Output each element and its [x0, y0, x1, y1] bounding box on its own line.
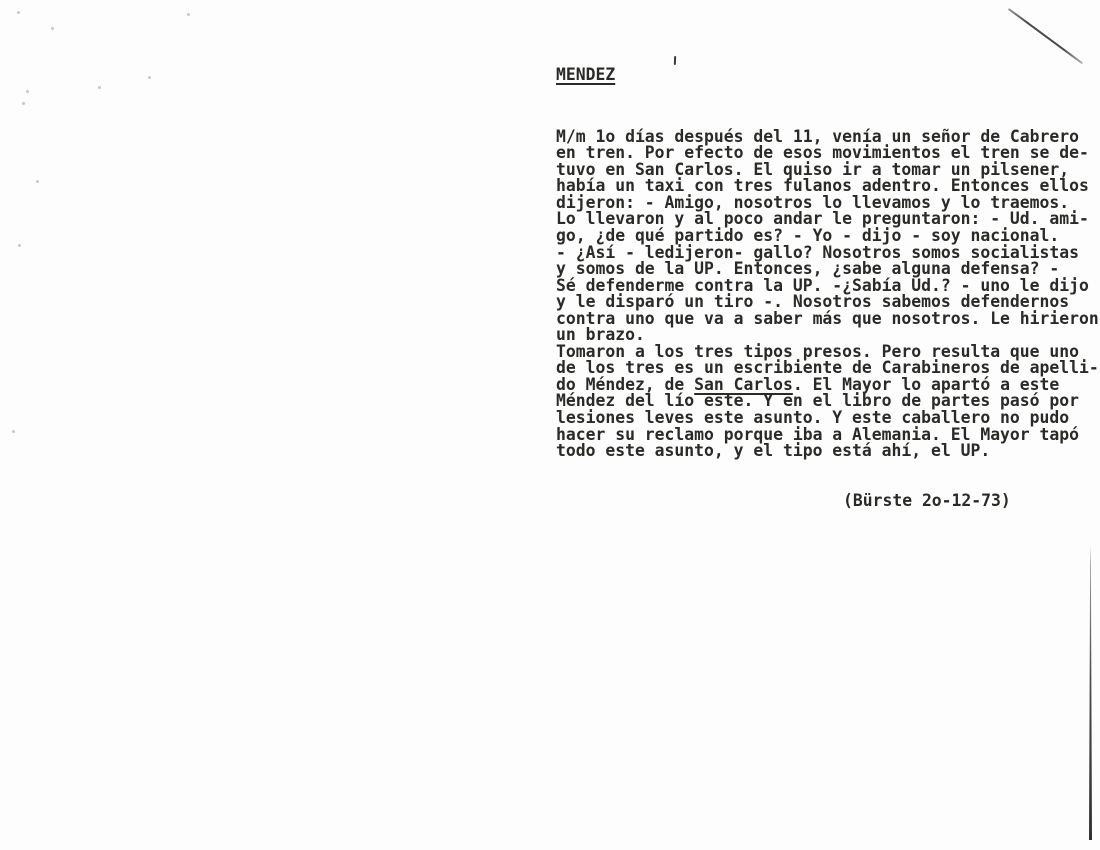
dust-speck	[26, 90, 29, 93]
dust-speck	[187, 13, 190, 16]
document-text-column: MENDEZ M/m 1o días después del 11, venía…	[556, 34, 1100, 542]
dust-speck	[12, 430, 15, 433]
document-title: MENDEZ	[556, 67, 1100, 84]
document-title-text: MENDEZ	[556, 65, 615, 84]
dust-speck	[36, 180, 39, 183]
dust-speck	[17, 11, 20, 14]
scanned-document-page: MENDEZ M/m 1o días después del 11, venía…	[0, 0, 1100, 850]
document-body: M/m 1o días después del 11, venía un señ…	[556, 129, 1100, 460]
scan-artifact-page-edge-line	[1089, 545, 1092, 840]
document-line: todo este asunto, y el tipo está ahí, el…	[556, 443, 1100, 460]
dust-speck	[22, 102, 25, 105]
dust-speck	[148, 76, 151, 79]
dust-speck	[51, 27, 54, 30]
dust-speck	[98, 86, 101, 89]
dust-speck	[18, 244, 21, 247]
document-dateline: (Bürste 2o-12-73)	[556, 493, 1100, 510]
